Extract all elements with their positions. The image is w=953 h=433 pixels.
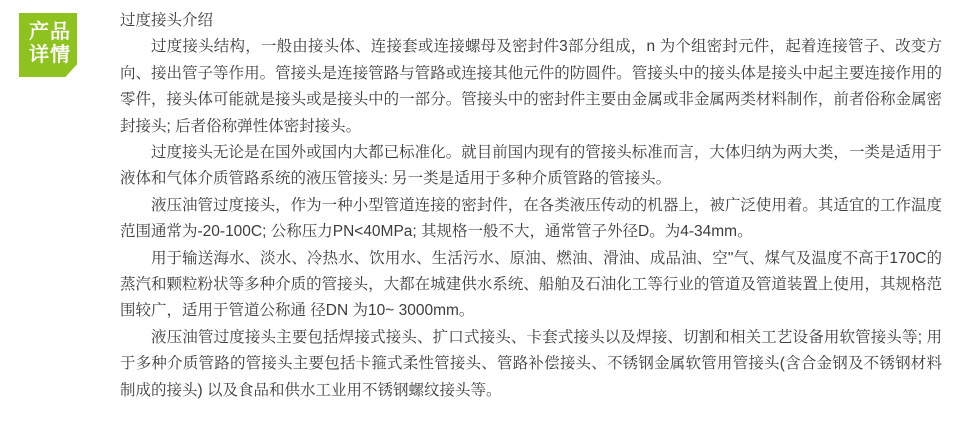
product-description: 过度接头介绍 过度接头结构，一般由接头体、连接套或连接螺母及密封件3部分组成，n…	[120, 8, 942, 404]
section-title: 过度接头介绍	[120, 8, 942, 34]
paragraph-applications: 用于输送海水、淡水、冷热水、饮用水、生活污水、原油、燃油、滑油、成品油、空"气、…	[120, 246, 942, 325]
paragraph-hydraulic: 液压油管过度接头，作为一种小型管道连接的密封件，在各类液压传动的机器上，被广泛使…	[120, 193, 942, 246]
paragraph-structure: 过度接头结构，一般由接头体、连接套或连接螺母及密封件3部分组成，n 为个组密封元…	[120, 34, 942, 140]
product-details-badge: 产品 详情	[19, 13, 77, 77]
paragraph-types: 液压油管过度接头主要包括焊接式接头、扩口式接头、卡套式接头以及焊接、切割和相关工…	[120, 325, 942, 404]
paragraph-standardization: 过度接头无论是在国外或国内大都已标准化。就目前国内现有的管接头标准而言，大体归纳…	[120, 140, 942, 193]
badge-line2: 详情	[29, 44, 77, 67]
badge-line1: 产品	[29, 21, 77, 44]
